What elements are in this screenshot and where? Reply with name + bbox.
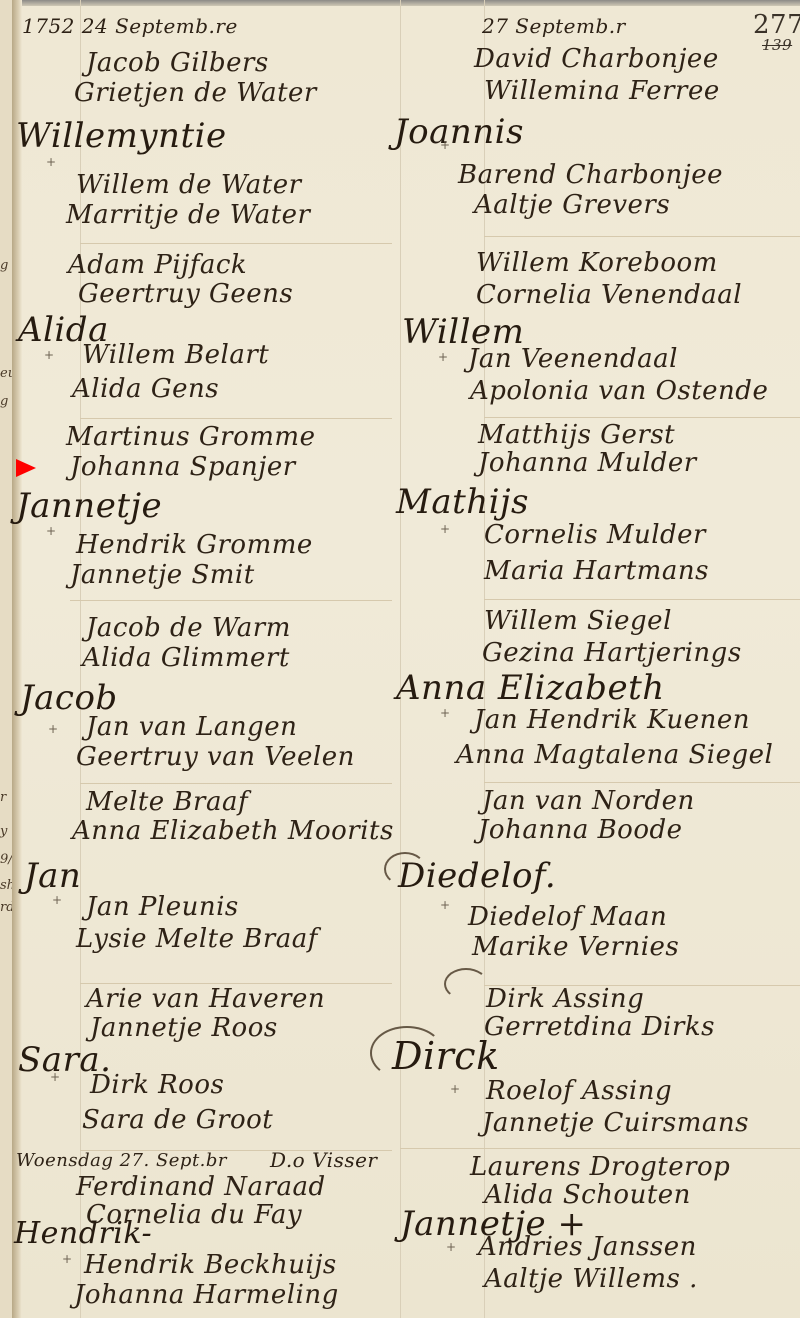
cross-mark: + bbox=[44, 348, 54, 362]
child-name: Mathijs bbox=[396, 482, 529, 522]
mother-name: Johanna Mulder bbox=[478, 448, 697, 478]
father-name: Melte Braaf bbox=[86, 787, 248, 817]
father-name: Adam Pijfack bbox=[68, 250, 247, 280]
mother-name: Lysie Melte Braaf bbox=[76, 924, 318, 954]
mother-name: Jannetje Cuirsmans bbox=[482, 1108, 749, 1138]
margin-fragment: 9/ bbox=[0, 852, 12, 867]
cross-mark: + bbox=[46, 524, 56, 538]
mother-name: Gezina Hartjerings bbox=[482, 638, 742, 668]
date-header: 1752 24 Septemb.re bbox=[22, 14, 238, 38]
minister-name: D.o Visser bbox=[270, 1148, 378, 1172]
entry-separator bbox=[484, 417, 800, 418]
old-page-number: 139 bbox=[762, 36, 792, 54]
cross-mark: + bbox=[446, 1240, 456, 1254]
cross-mark: + bbox=[62, 1252, 72, 1266]
mother-name: Jannetje Roos bbox=[90, 1013, 278, 1043]
cross-mark: + bbox=[438, 350, 448, 364]
mother-name: Gerretdina Dirks bbox=[484, 1012, 715, 1042]
mother-name: Marike Vernies bbox=[472, 932, 679, 962]
mother-name: Aaltje Willems . bbox=[484, 1264, 698, 1294]
child-name: Jan bbox=[24, 856, 81, 896]
cross-mark: + bbox=[440, 898, 450, 912]
entry-separator bbox=[80, 243, 392, 244]
margin-fragment: g bbox=[0, 394, 12, 409]
mother-name: Alida Gens bbox=[72, 374, 219, 404]
flourish-decoration bbox=[384, 852, 426, 886]
cross-mark: + bbox=[48, 722, 58, 736]
margin-fragment: rdt bbox=[0, 900, 12, 915]
child-name: Jannetje bbox=[16, 486, 162, 526]
father-name: Matthijs Gerst bbox=[478, 420, 675, 450]
mother-name: Anna Elizabeth Moorits bbox=[72, 816, 394, 846]
father-name: Arie van Haveren bbox=[86, 984, 325, 1014]
mother-name: Cornelia Venendaal bbox=[476, 280, 742, 310]
father-name: Diedelof Maan bbox=[468, 902, 667, 932]
column-rule bbox=[400, 0, 401, 1318]
red-arrow-marker-icon[interactable] bbox=[16, 459, 36, 477]
mother-name: Geertruy Geens bbox=[78, 279, 293, 309]
entry-separator bbox=[484, 236, 800, 237]
father-name: Dirk Roos bbox=[90, 1070, 224, 1100]
mother-name: Grietjen de Water bbox=[74, 78, 317, 108]
mother-name: Anna Magtalena Siegel bbox=[456, 740, 773, 770]
cross-mark: + bbox=[440, 138, 450, 152]
entry-separator bbox=[70, 600, 392, 601]
margin-fragment: eu bbox=[0, 366, 12, 381]
mother-name: Johanna Boode bbox=[478, 815, 683, 845]
date-header: 27 Septemb.r bbox=[482, 14, 626, 38]
cross-mark: + bbox=[46, 155, 56, 169]
father-name: Dirk Assing bbox=[486, 984, 644, 1014]
father-name: Laurens Drogterop bbox=[470, 1152, 730, 1182]
flourish-decoration bbox=[370, 1026, 444, 1080]
mother-name: Jannetje Smit bbox=[70, 560, 255, 590]
father-name: Jan Hendrik Kuenen bbox=[474, 705, 750, 735]
father-name: Willem Koreboom bbox=[476, 248, 718, 278]
mother-name: Marritje de Water bbox=[66, 200, 310, 230]
father-name: Jacob de Warm bbox=[86, 613, 291, 643]
entry-separator bbox=[80, 783, 392, 784]
father-name: Jan van Norden bbox=[482, 786, 695, 816]
cross-mark: + bbox=[52, 893, 62, 907]
father-name: Hendrik Beckhuijs bbox=[84, 1250, 337, 1280]
father-name: Willem Belart bbox=[82, 340, 269, 370]
cross-mark: + bbox=[440, 522, 450, 536]
father-name: Jan van Langen bbox=[86, 712, 297, 742]
manuscript-page: g eu g r y 9/ sh rdt 277 139 1752 24 Sep… bbox=[0, 0, 800, 1318]
entry-separator bbox=[484, 599, 800, 600]
cross-mark: + bbox=[450, 1082, 460, 1096]
father-name: Martinus Gromme bbox=[66, 422, 315, 452]
margin-fragment: g bbox=[0, 258, 12, 273]
father-name: Ferdinand Naraad bbox=[76, 1172, 326, 1202]
cross-mark: + bbox=[440, 706, 450, 720]
father-name: Willem de Water bbox=[76, 170, 302, 200]
entry-separator bbox=[484, 782, 800, 783]
child-name: Hendrik- bbox=[14, 1216, 152, 1251]
page-gutter bbox=[12, 0, 22, 1318]
mother-name: Willemina Ferree bbox=[484, 76, 720, 106]
child-name: Willemyntie bbox=[16, 116, 227, 156]
cross-mark: + bbox=[50, 1070, 60, 1084]
mother-name: Geertruy van Veelen bbox=[76, 742, 355, 772]
father-name: Andries Janssen bbox=[478, 1232, 697, 1262]
father-name: Cornelis Mulder bbox=[484, 520, 706, 550]
margin-fragment: r bbox=[0, 790, 12, 805]
father-name: Jacob Gilbers bbox=[86, 48, 269, 78]
mother-name highlighted: Johanna Spanjer bbox=[70, 452, 296, 482]
mother-name: Maria Hartmans bbox=[484, 556, 709, 586]
date-subheader: Woensdag 27. Sept.br bbox=[16, 1150, 227, 1171]
margin-fragment: y bbox=[0, 824, 12, 839]
entry-separator bbox=[80, 418, 392, 419]
father-name: Roelof Assing bbox=[486, 1076, 672, 1106]
child-name: Anna Elizabeth bbox=[396, 668, 665, 708]
entry-separator bbox=[400, 1148, 800, 1149]
flourish-decoration bbox=[444, 968, 488, 1000]
father-name: Hendrik Gromme bbox=[76, 530, 313, 560]
father-name: Willem Siegel bbox=[484, 606, 672, 636]
mother-name: Sara de Groot bbox=[82, 1105, 273, 1135]
father-name: Jan Pleunis bbox=[86, 892, 239, 922]
child-name: Joannis bbox=[394, 112, 524, 152]
margin-fragment: sh bbox=[0, 878, 12, 893]
mother-name: Apolonia van Ostende bbox=[470, 376, 768, 406]
mother-name: Johanna Harmeling bbox=[74, 1280, 339, 1310]
father-name: Jan Veenendaal bbox=[468, 344, 678, 374]
mother-name: Alida Glimmert bbox=[82, 643, 290, 673]
father-name: Barend Charbonjee bbox=[458, 160, 723, 190]
father-name: David Charbonjee bbox=[474, 44, 719, 74]
mother-name: Aaltje Grevers bbox=[474, 190, 670, 220]
